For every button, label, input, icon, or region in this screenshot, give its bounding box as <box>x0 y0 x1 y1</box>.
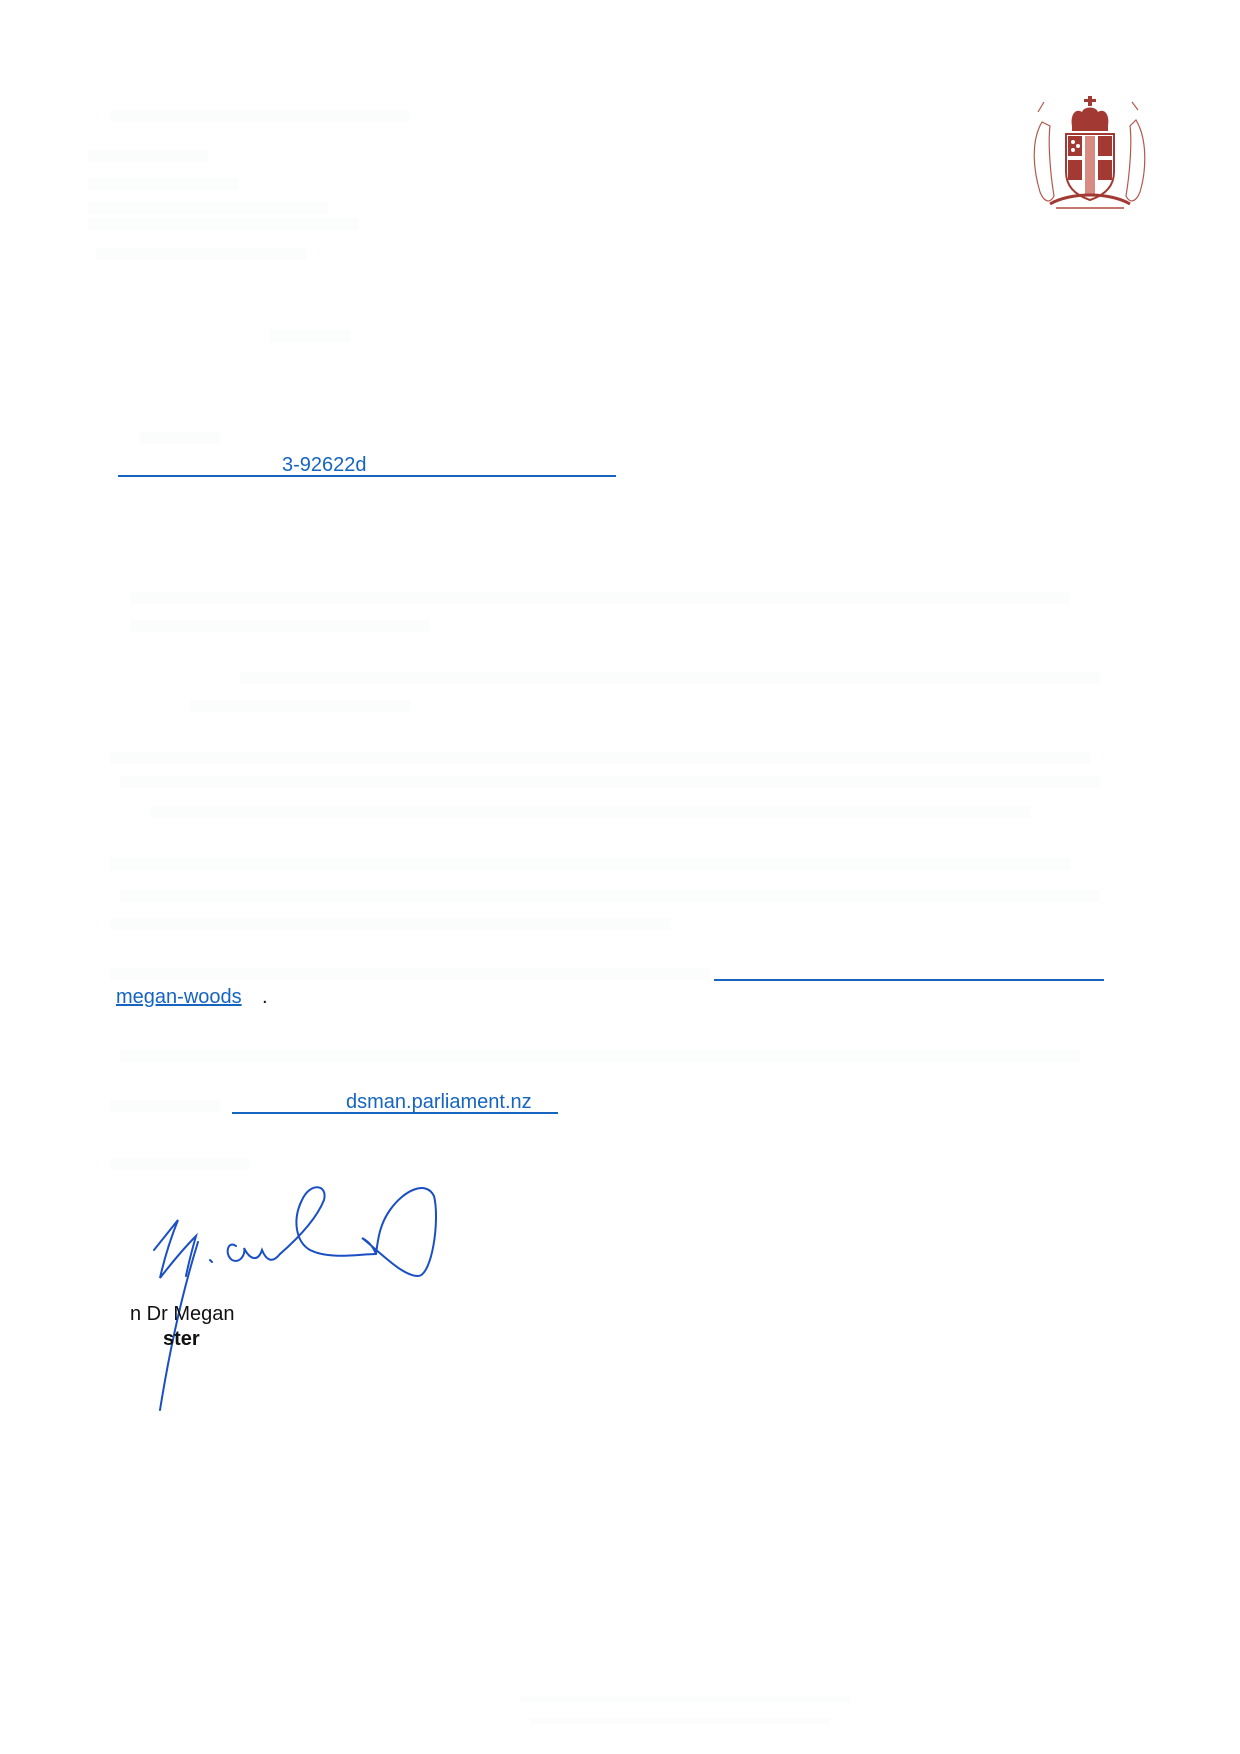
salutation-line <box>140 432 220 444</box>
ombudsman-link-underline <box>232 1112 558 1114</box>
ombudsman-link-text[interactable]: dsman.parliament.nz <box>346 1091 532 1113</box>
reference-link-underline <box>118 475 616 477</box>
profile-link-punctuation: . <box>262 986 268 1009</box>
signatory-title: ster <box>163 1328 200 1351</box>
profile-link-text[interactable]: megan-woods <box>116 986 242 1008</box>
profile-link-underline-first-line <box>714 979 1104 981</box>
nz-coat-of-arms-icon <box>1020 92 1160 220</box>
letter-page: 3-92622d megan-woods . dsman.parliament.… <box>0 0 1240 1754</box>
date-line <box>270 330 350 342</box>
signatory-name: n Dr Megan <box>130 1303 235 1326</box>
reference-link-text[interactable]: 3-92622d <box>282 454 367 476</box>
